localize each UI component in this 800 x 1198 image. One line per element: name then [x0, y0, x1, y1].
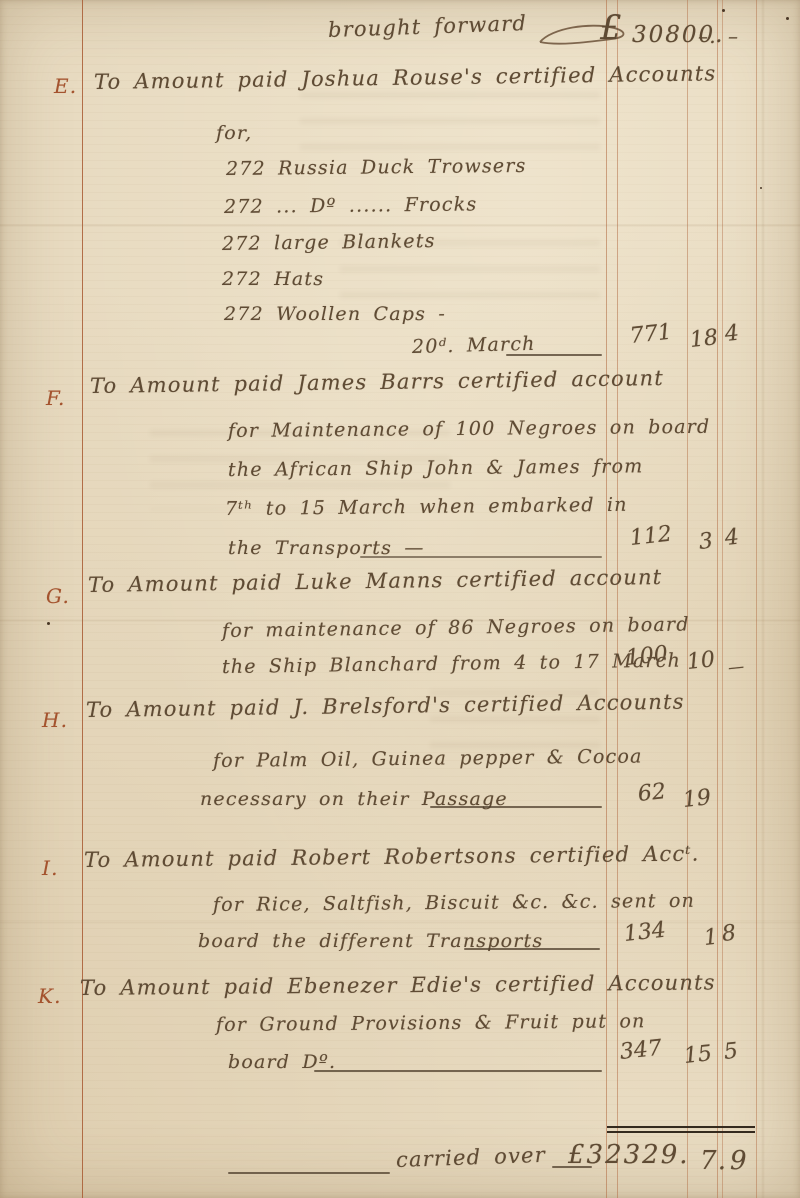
- column-rule: [756, 0, 757, 1198]
- total-pounds: £32329.: [568, 1140, 690, 1170]
- total-rule: [607, 1131, 755, 1133]
- amount-pence: 4: [724, 321, 741, 347]
- amount-pounds: 62: [637, 779, 667, 807]
- amount-pence: —: [727, 656, 745, 677]
- entry-letter: F.: [46, 386, 66, 410]
- entry-letter: G.: [46, 584, 70, 608]
- entry-letter: K.: [38, 984, 62, 1008]
- pen-rule: [228, 1172, 390, 1174]
- entry-line: 7ᵗʰ to 15 March when embarked in: [225, 494, 628, 520]
- ink-speck: [760, 187, 762, 189]
- entry-line: the African Ship John & James from: [228, 455, 644, 481]
- brought-forward-label: brought forward: [328, 11, 528, 42]
- brought-forward-shillings: –.: [698, 24, 717, 48]
- entry-letter: H.: [42, 708, 68, 732]
- amount-pence: 8: [721, 921, 738, 947]
- amount-shillings: 15: [683, 1041, 713, 1069]
- entry-line: for,: [216, 122, 252, 144]
- ink-speck: [47, 622, 50, 625]
- entry-letter: E.: [54, 74, 77, 98]
- amount-shillings: 3: [698, 529, 715, 555]
- pen-rule: [506, 354, 602, 356]
- brought-forward-pence: –: [728, 24, 739, 48]
- ink-speck: [722, 9, 725, 12]
- carried-over-label: carried over: [396, 1143, 547, 1172]
- margin-rule: [82, 0, 83, 1198]
- amount-pounds: 112: [629, 522, 673, 551]
- column-rule: [717, 0, 718, 1198]
- total-rule: [607, 1126, 755, 1128]
- amount-pence: 5: [723, 1039, 740, 1065]
- ink-showthrough: [300, 92, 600, 152]
- fold-crease: [761, 0, 765, 1198]
- entry-line: 272 large Blankets: [222, 230, 436, 255]
- amount-pounds: 771: [629, 320, 673, 349]
- fold-crease: [0, 224, 800, 227]
- pound-sign: £: [600, 8, 623, 48]
- entry-line: for Palm Oil, Guinea pepper & Cocoa: [213, 746, 643, 772]
- total-shillings: 7.: [700, 1146, 727, 1176]
- amount-shillings: 19: [682, 785, 712, 813]
- entry-letter: I.: [42, 856, 59, 880]
- entry-line: for maintenance of 86 Negroes on board: [222, 613, 690, 642]
- ledger-page: brought forward £ 30800. –. – E. To Amou…: [0, 0, 800, 1198]
- column-rule: [687, 0, 688, 1198]
- entry-title: To Amount paid Luke Manns certified acco…: [88, 565, 663, 597]
- pen-rule: [464, 948, 600, 950]
- fold-crease: [0, 921, 800, 924]
- entry-line: 272 Hats: [222, 268, 324, 290]
- amount-pence: 4: [724, 525, 741, 551]
- entry-line: 272 Russia Duck Trowsers: [226, 155, 527, 180]
- pen-rule: [360, 556, 602, 558]
- amount-shillings: 10: [686, 647, 716, 675]
- ink-speck: [786, 17, 789, 20]
- entry-line: for Rice, Saltfish, Biscuit &c. &c. sent…: [213, 890, 695, 916]
- entry-title: To Amount paid Ebenezer Edie's certified…: [80, 970, 716, 1000]
- entry-line: for Maintenance of 100 Negroes on board: [228, 416, 711, 442]
- amount-pounds: 347: [619, 1036, 663, 1065]
- entry-line: 272 ... Dº ...... Frocks: [224, 193, 478, 218]
- amount-shillings: 1: [703, 925, 720, 951]
- entry-line: the Ship Blanchard from 4 to 17 March: [222, 650, 681, 678]
- pen-rule: [314, 1070, 602, 1072]
- column-rule: [722, 0, 723, 1198]
- entry-title: To Amount paid Joshua Rouse's certified …: [94, 61, 717, 94]
- amount-shillings: 18: [689, 325, 719, 353]
- amount-pounds: 100: [625, 642, 669, 671]
- amount-pounds: 134: [623, 918, 667, 947]
- entry-title: To Amount paid James Barrs certified acc…: [90, 366, 664, 398]
- total-pence: 9: [730, 1146, 748, 1176]
- entry-line: for Ground Provisions & Fruit put on: [216, 1010, 646, 1036]
- entry-title: To Amount paid Robert Robertsons certifi…: [84, 842, 700, 872]
- entry-line: 272 Woollen Caps -: [224, 303, 446, 325]
- pen-rule: [430, 806, 602, 808]
